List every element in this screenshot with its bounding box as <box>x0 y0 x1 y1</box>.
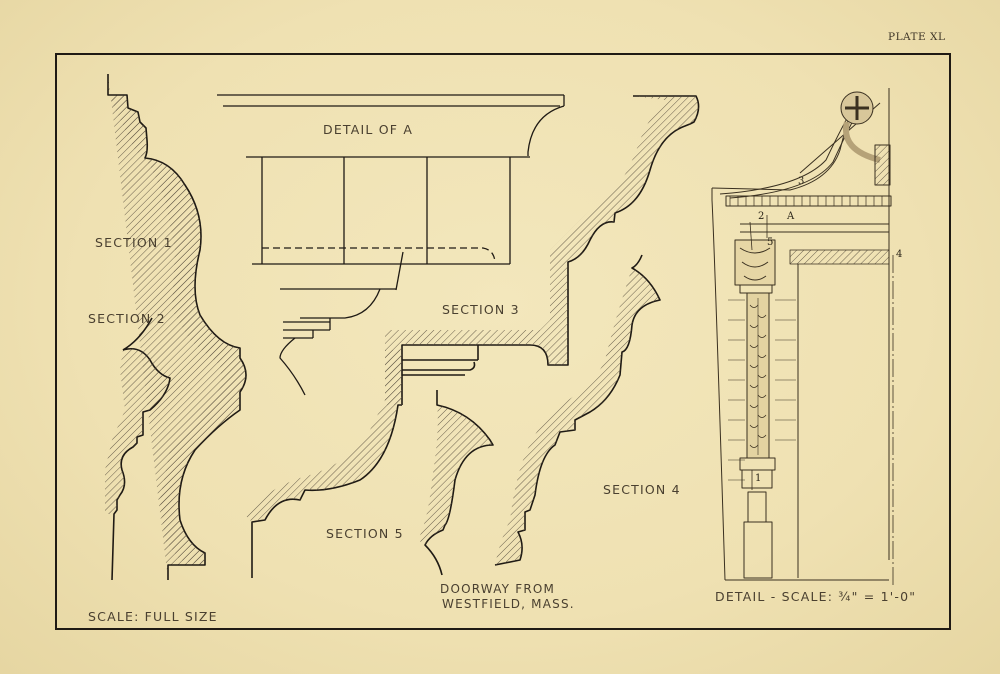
callout-5: 5 <box>767 237 773 248</box>
callout-2: 2 <box>758 211 764 222</box>
callout-3: 3 <box>798 176 804 187</box>
title-line-2: WESTFIELD, MASS. <box>442 597 575 611</box>
label-section-5: SECTION 5 <box>326 526 404 541</box>
label-section-4: SECTION 4 <box>603 482 681 497</box>
elevation-callouts: 3 2 A 5 4 1 <box>755 176 902 484</box>
section-3-lower-curve <box>245 350 402 578</box>
title-line-1: DOORWAY FROM <box>440 582 555 596</box>
callout-1: 1 <box>755 473 761 484</box>
section-5-profile <box>418 390 493 575</box>
label-scale-full-size: SCALE: FULL SIZE <box>88 609 218 624</box>
architectural-drawing: 3 2 A 5 4 1 <box>0 0 1000 674</box>
label-detail-scale: DETAIL - SCALE: ¾" = 1'-0" <box>715 589 916 604</box>
label-section-3: SECTION 3 <box>442 302 520 317</box>
callout-a: A <box>786 211 795 222</box>
section-3-profile <box>385 96 699 405</box>
section-1-profile <box>108 74 246 580</box>
label-detail-of-a: DETAIL OF A <box>323 122 413 137</box>
label-section-2: SECTION 2 <box>88 311 166 326</box>
doorway-elevation <box>712 88 893 585</box>
label-section-1: SECTION 1 <box>95 235 173 250</box>
callout-4: 4 <box>896 249 902 260</box>
